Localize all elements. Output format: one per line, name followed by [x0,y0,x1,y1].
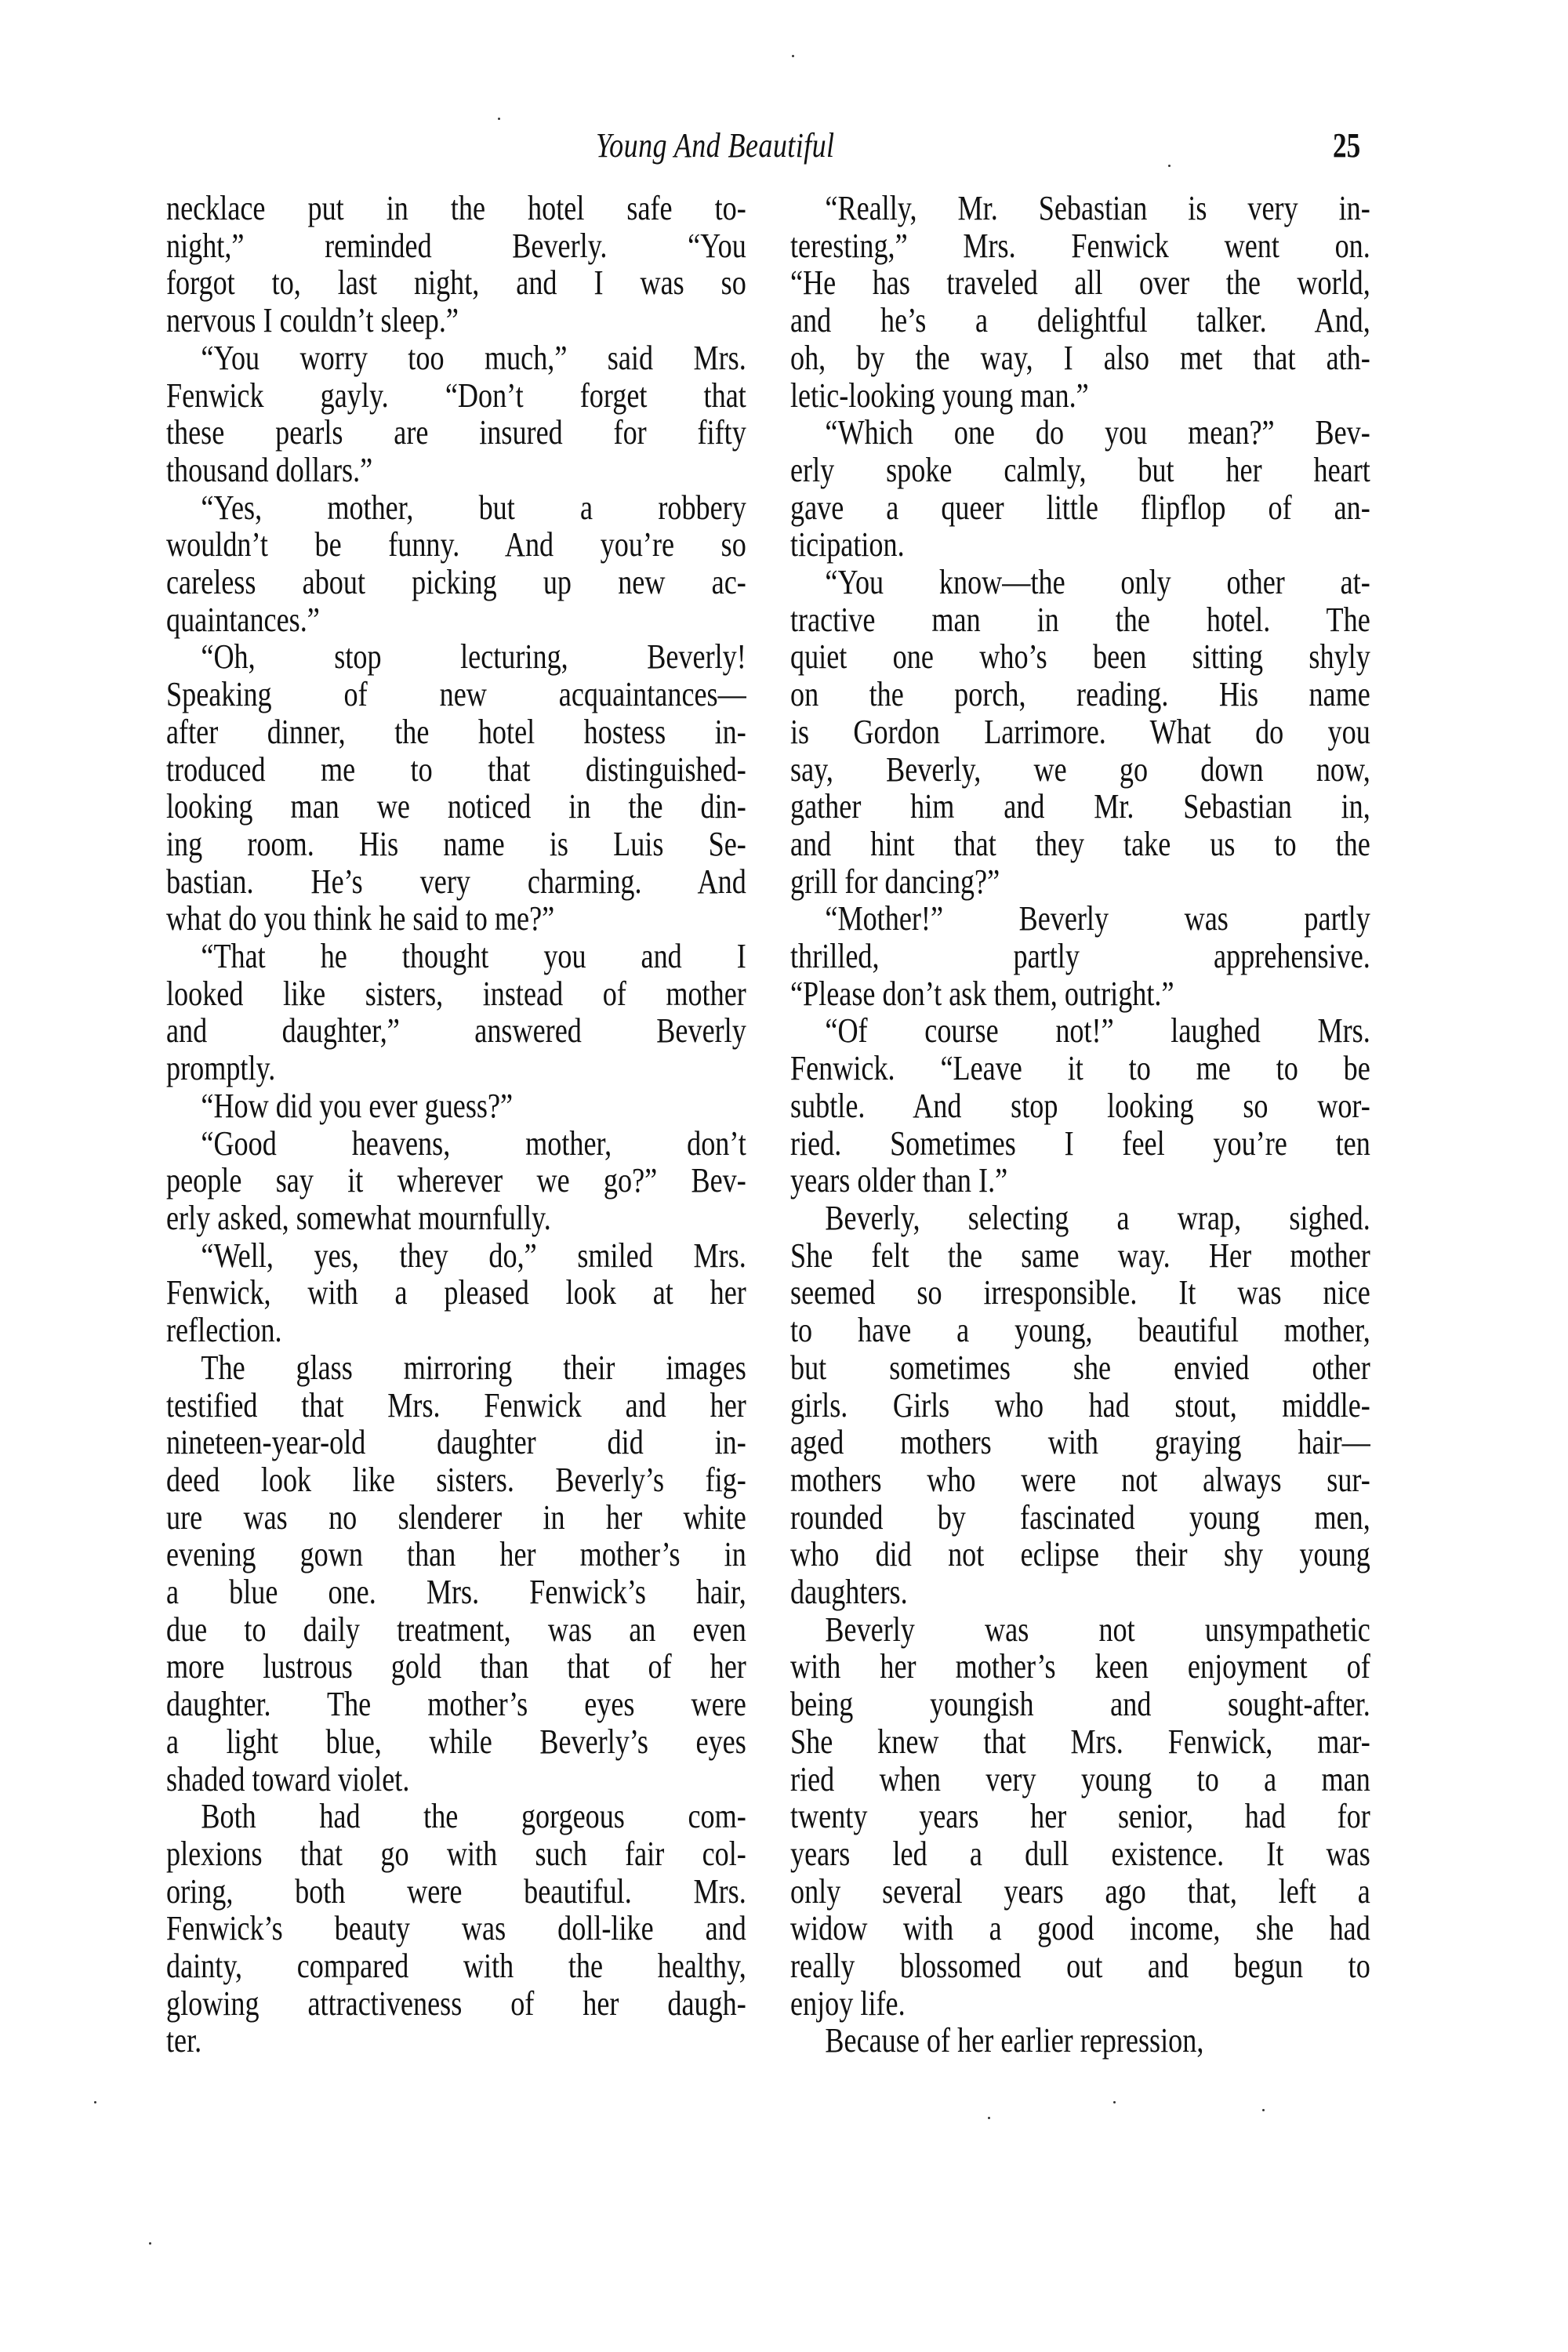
text-line: Because of her earlier repression, [790,2022,1370,2060]
text-line: gather him and Mr. Sebastian in, [790,788,1370,826]
text-line: Fenwick. “Leave it to me to be [790,1050,1370,1087]
text-column-left: necklace put in the hotel safe to-night,… [166,190,746,2060]
text-line: necklace put in the hotel safe to- [166,190,746,227]
text-line: ing room. His name is Luis Se- [166,826,746,863]
text-line: Both had the gorgeous com- [166,1798,746,1835]
text-line: reflection. [166,1312,746,1349]
paragraph: “Yes, mother, but a robberywouldn’t be f… [166,489,746,639]
paragraph: “How did you ever guess?” [166,1087,746,1125]
paragraph: “Well, yes, they do,” smiled Mrs.Fenwick… [166,1237,746,1349]
text-line: “Of course not!” laughed Mrs. [790,1012,1370,1050]
text-line: years older than I.” [790,1162,1370,1200]
scan-speck [988,2117,990,2119]
paragraph: “Of course not!” laughed Mrs.Fenwick. “L… [790,1012,1370,1200]
text-line: Speaking of new acquaintances— [166,676,746,713]
text-line: deed look like sisters. Beverly’s fig- [166,1461,746,1499]
text-line: troduced me to that distinguished- [166,751,746,789]
paragraph: Both had the gorgeous com-plexions that … [166,1798,746,2060]
text-line: ried when very young to a man [790,1761,1370,1798]
text-line: mothers who were not always sur- [790,1461,1370,1499]
scan-speck [792,55,794,57]
text-line: thrilled, partly apprehensive. [790,938,1370,975]
text-line: thousand dollars.” [166,452,746,489]
text-line: girls. Girls who had stout, middle- [790,1387,1370,1425]
text-line: promptly. [166,1050,746,1087]
text-line: grill for dancing?” [790,863,1370,901]
paragraph: Because of her earlier repression, [790,2022,1370,2060]
page-number: 25 [1333,125,1360,165]
text-line: people say it wherever we go?” Bev- [166,1162,746,1200]
text-line: and he’s a delightful talker. And, [790,302,1370,339]
paragraph: “You worry too much,” said Mrs.Fenwick g… [166,339,746,489]
text-line: The glass mirroring their images [166,1349,746,1387]
scan-speck [94,2101,96,2103]
text-line: looking man we noticed in the din- [166,788,746,826]
text-line: “You worry too much,” said Mrs. [166,339,746,377]
text-line: twenty years her senior, had for [790,1798,1370,1835]
scan-speck [1262,2109,1265,2111]
text-line: nineteen-year-old daughter did in- [166,1424,746,1461]
text-line: is Gordon Larrimore. What do you [790,713,1370,751]
text-line: “Good heavens, mother, don’t [166,1125,746,1163]
text-line: plexions that go with such fair col- [166,1835,746,1873]
text-line: who did not eclipse their shy young [790,1536,1370,1573]
text-line: seemed so irresponsible. It was nice [790,1274,1370,1312]
text-line: dainty, compared with the healthy, [166,1947,746,1985]
paragraph: “That he thought you and Ilooked like si… [166,938,746,1087]
text-line: wouldn’t be funny. And you’re so [166,526,746,564]
text-line: “Really, Mr. Sebastian is very in- [790,190,1370,227]
text-line: forgot to, last night, and I was so [166,264,746,302]
text-line: night,” reminded Beverly. “You [166,227,746,265]
text-line: She knew that Mrs. Fenwick, mar- [790,1723,1370,1761]
text-line: ried. Sometimes I feel you’re ten [790,1125,1370,1163]
text-line: “You know—the only other at- [790,564,1370,601]
text-line: subtle. And stop looking so wor- [790,1087,1370,1125]
text-line: testified that Mrs. Fenwick and her [166,1387,746,1425]
text-line: “Mother!” Beverly was partly [790,900,1370,938]
text-line: what do you think he said to me?” [166,900,746,938]
paragraph: “You know—the only other at-tractive man… [790,564,1370,900]
text-line: widow with a good income, she had [790,1910,1370,1947]
text-line: enjoy life. [790,1985,1370,2023]
paragraph: “Which one do you mean?” Bev-erly spoke … [790,414,1370,564]
paragraph: “Really, Mr. Sebastian is very in-terest… [790,190,1370,414]
text-line: careless about picking up new ac- [166,564,746,601]
text-line: “How did you ever guess?” [166,1087,746,1125]
text-line: “Please don’t ask them, outright.” [790,975,1370,1013]
book-page: Young And Beautiful 25 necklace put in t… [0,0,1568,2352]
text-line: Fenwick, with a pleased look at her [166,1274,746,1312]
text-line: Fenwick gayly. “Don’t forget that [166,377,746,415]
text-line: erly asked, somewhat mournfully. [166,1200,746,1237]
paragraph: Beverly was not unsympatheticwith her mo… [790,1611,1370,2023]
text-line: shaded toward violet. [166,1761,746,1798]
text-line: really blossomed out and begun to [790,1947,1370,1985]
text-line: “That he thought you and I [166,938,746,975]
text-column-right: “Really, Mr. Sebastian is very in-terest… [790,190,1370,2060]
paragraph: Beverly, selecting a wrap, sighed.She fe… [790,1200,1370,1611]
paragraph: “Mother!” Beverly was partlythrilled, pa… [790,900,1370,1012]
text-line: due to daily treatment, was an even [166,1611,746,1649]
paragraph: The glass mirroring their imagestestifie… [166,1349,746,1798]
text-line: being youngish and sought-after. [790,1686,1370,1723]
text-line: years led a dull existence. It was [790,1835,1370,1873]
text-line: “Yes, mother, but a robbery [166,489,746,527]
text-line: oring, both were beautiful. Mrs. [166,1873,746,1911]
text-line: bastian. He’s very charming. And [166,863,746,901]
text-line: these pearls are insured for fifty [166,414,746,452]
text-line: gave a queer little flipflop of an- [790,489,1370,527]
text-line: a blue one. Mrs. Fenwick’s hair, [166,1573,746,1611]
text-line: a light blue, while Beverly’s eyes [166,1723,746,1761]
text-line: rounded by fascinated young men, [790,1499,1370,1537]
text-line: tractive man in the hotel. The [790,601,1370,639]
text-line: oh, by the way, I also met that ath- [790,339,1370,377]
text-line: ticipation. [790,526,1370,564]
text-line: and daughter,” answered Beverly [166,1012,746,1050]
text-line: with her mother’s keen enjoyment of [790,1648,1370,1686]
text-line: looked like sisters, instead of mother [166,975,746,1013]
text-line: daughters. [790,1573,1370,1611]
paragraph: necklace put in the hotel safe to-night,… [166,190,746,339]
scan-speck [1113,2101,1116,2103]
text-line: only several years ago that, left a [790,1873,1370,1911]
scan-speck [1168,165,1171,167]
scan-speck [498,118,500,120]
text-line: nervous I couldn’t sleep.” [166,302,746,339]
text-line: “He has traveled all over the world, [790,264,1370,302]
text-line: aged mothers with graying hair— [790,1424,1370,1461]
text-line: ure was no slenderer in her white [166,1499,746,1537]
text-line: quiet one who’s been sitting shyly [790,638,1370,676]
text-line: to have a young, beautiful mother, [790,1312,1370,1349]
text-line: say, Beverly, we go down now, [790,751,1370,789]
text-line: but sometimes she envied other [790,1349,1370,1387]
text-line: more lustrous gold than that of her [166,1648,746,1686]
text-line: “Which one do you mean?” Bev- [790,414,1370,452]
text-line: “Well, yes, they do,” smiled Mrs. [166,1237,746,1275]
paragraph: “Oh, stop lecturing, Beverly!Speaking of… [166,638,746,938]
text-line: evening gown than her mother’s in [166,1536,746,1573]
text-line: letic-looking young man.” [790,377,1370,415]
paragraph: “Good heavens, mother, don’tpeople say i… [166,1125,746,1237]
text-line: daughter. The mother’s eyes were [166,1686,746,1723]
text-line: She felt the same way. Her mother [790,1237,1370,1275]
text-line: Fenwick’s beauty was doll-like and [166,1910,746,1947]
text-line: erly spoke calmly, but her heart [790,452,1370,489]
text-line: after dinner, the hotel hostess in- [166,713,746,751]
text-line: on the porch, reading. His name [790,676,1370,713]
text-line: teresting,” Mrs. Fenwick went on. [790,227,1370,265]
text-line: glowing attractiveness of her daugh- [166,1985,746,2023]
text-line: Beverly, selecting a wrap, sighed. [790,1200,1370,1237]
text-line: “Oh, stop lecturing, Beverly! [166,638,746,676]
running-title: Young And Beautiful [596,125,834,165]
text-line: and hint that they take us to the [790,826,1370,863]
scan-speck [149,2242,151,2245]
text-line: quaintances.” [166,601,746,639]
text-line: Beverly was not unsympathetic [790,1611,1370,1649]
text-line: ter. [166,2022,746,2060]
